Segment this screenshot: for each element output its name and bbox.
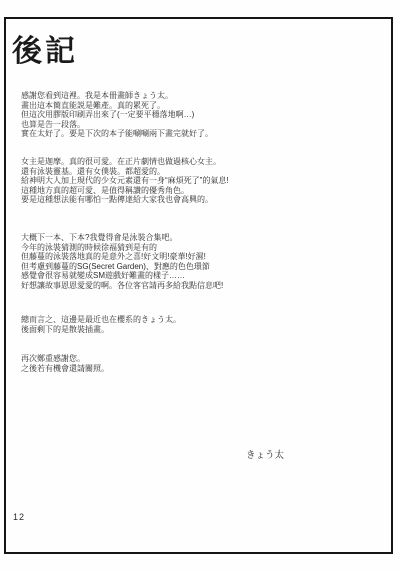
paragraph-next-book: 大概下一本、下本?我覺得會是泳裝合集吧。 今年的泳裝猜測的時候徐福猜到是有的 但… — [21, 233, 223, 290]
paragraph-intro: 感謝您看到這裡。我是本冊畫師きょう太。 畫出這本簡直能説是難產。真的累死了。 但… — [21, 91, 213, 139]
text-line: 但考慮到藤蔓的SG(Secret Garden)、對應的色色環節 — [21, 262, 223, 272]
text-line: 今年的泳裝猜測的時候徐福猜到是有的 — [21, 243, 223, 253]
paragraph-closing-note: 總而言之、這邊是最近也在櫻系的きょう太。 後面剩下的是散裝插畫。 — [21, 315, 181, 334]
text-line: 再次鄭重感謝您。 — [21, 354, 109, 364]
afterword-title: 後記 — [12, 26, 78, 70]
text-line: 但藤蔓的泳裝落地真的是意外之喜!好文明!豪華!好濕! — [21, 252, 223, 262]
afterword-page: 後記 感謝您看到這裡。我是本冊畫師きょう太。 畫出這本簡直能説是難產。真的累死了… — [0, 0, 400, 571]
text-line: 之後若有機會還請關照。 — [21, 364, 109, 374]
text-line: 這種地方真的超可愛、是值得稱讚的優秀角色。 — [21, 186, 229, 196]
author-signature: きょう太 — [246, 447, 284, 461]
text-line: 後面剩下的是散裝插畫。 — [21, 325, 181, 335]
text-line: 給神明大人加上現代的少女元素還有一身“麻煩死了”的氣息! — [21, 176, 229, 186]
text-line: 要是這種想法能有哪怕一點傳達給大家我也會高興的。 — [21, 195, 229, 205]
text-line: 畫出這本簡直能説是難產。真的累死了。 — [21, 101, 213, 111]
text-line: 感覺會很容易就變成SM遊戲好難畫的樣子…… — [21, 271, 223, 281]
paragraph-thanks: 再次鄭重感謝您。 之後若有機會還請關照。 — [21, 354, 109, 373]
text-line: 也算是告一段落。 — [21, 120, 213, 130]
paragraph-heroine: 女主是迦摩。真的很可愛。在正片劇情也做過核心女主。 還有泳裝靈基。還有女僕裝。都… — [21, 157, 229, 205]
text-line: 感謝您看到這裡。我是本冊畫師きょう太。 — [21, 91, 213, 101]
text-line: 好想讓故事恩恩愛愛的啊。各位客官請再多給我點信息吧! — [21, 281, 223, 291]
text-line: 還有泳裝靈基。還有女僕裝。都超愛的。 — [21, 167, 229, 177]
text-line: 但這次用膠版印刷弄出來了(一定要平穩落地啊…) — [21, 110, 213, 120]
text-line: 總而言之、這邊是最近也在櫻系的きょう太。 — [21, 315, 181, 325]
text-line: 實在太好了。要是下次的本子能唰唰兩下畫完就好了。 — [21, 129, 213, 139]
text-line: 大概下一本、下本?我覺得會是泳裝合集吧。 — [21, 233, 223, 243]
page-number: 12 — [13, 512, 25, 522]
text-line: 女主是迦摩。真的很可愛。在正片劇情也做過核心女主。 — [21, 157, 229, 167]
